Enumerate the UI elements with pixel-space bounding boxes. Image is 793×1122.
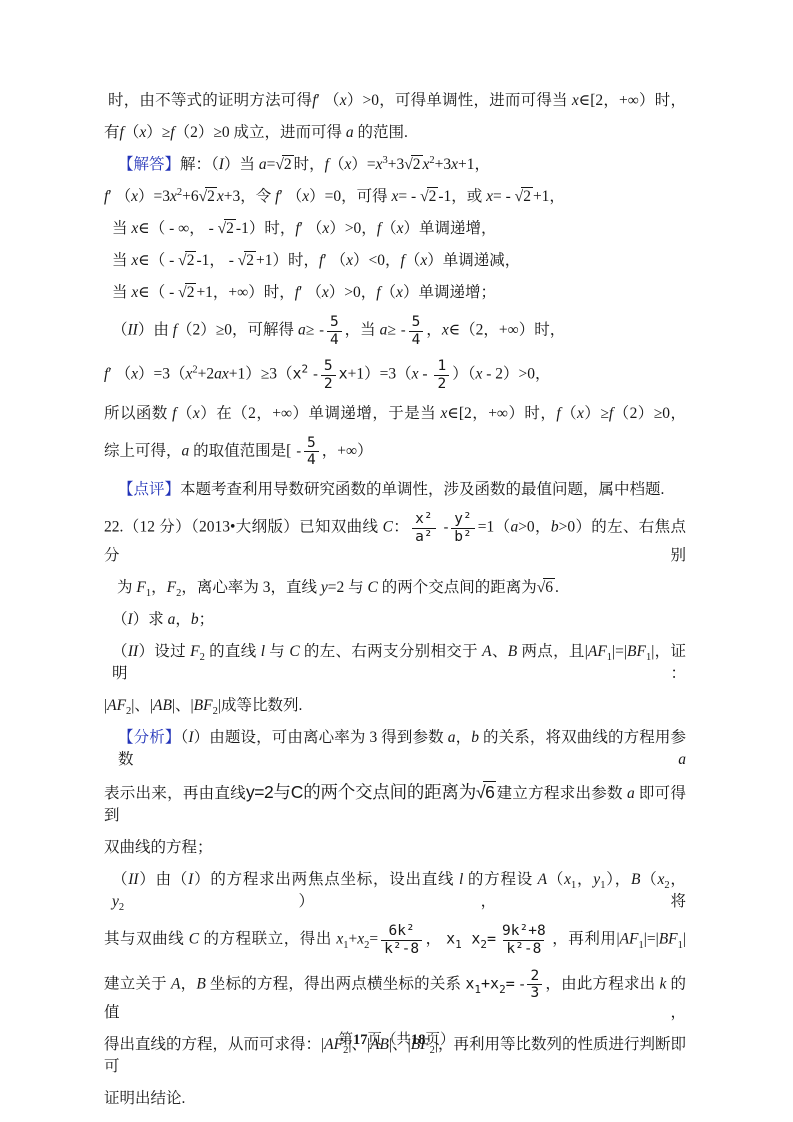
math-variable: a (298, 322, 306, 339)
text-run: 所以函数 (104, 405, 172, 422)
text-run: 其与双曲线 (104, 931, 189, 948)
math-variable: AF (107, 697, 126, 714)
text-run: ′ （ (108, 188, 131, 205)
math-variable: x (346, 252, 353, 269)
text-run: +3 (435, 156, 452, 173)
radicand: 2 (411, 155, 423, 173)
math-variable: AB (153, 697, 172, 714)
fraction-sign: - (311, 367, 320, 384)
text-run: 建立关于 (104, 975, 171, 992)
denominator: 3 (527, 984, 542, 1002)
math-variable: x (397, 220, 404, 237)
text-run: ）≥ (584, 405, 609, 422)
numerator: y² (451, 511, 474, 528)
fraction-stack: 54 (409, 314, 424, 348)
denominator: 4 (327, 331, 342, 349)
math-variable: x (131, 366, 138, 383)
math-variable: BF (627, 643, 646, 660)
text-run: ； (199, 611, 215, 628)
radicand: 2 (185, 251, 197, 269)
numerator: 5 (409, 314, 424, 331)
fraction: x²a² (412, 511, 435, 545)
text-run: >0， (518, 519, 551, 536)
math-variable: x (564, 871, 571, 888)
math-variable: x (217, 188, 224, 205)
text-run: 坐标的方程，得出两点横坐标的关系 (206, 975, 466, 992)
text-run: ）由 (138, 322, 173, 339)
math-variable: x (451, 156, 458, 173)
fraction-sign: - (317, 323, 326, 340)
text-run: ， (670, 871, 686, 888)
text-run: 有 (104, 124, 120, 141)
text-run: ）（ (452, 366, 475, 383)
text-run: （2）≥0， (613, 405, 686, 422)
sqrt-radical: √2 (178, 284, 196, 301)
derivative-inequality-line: f′ （x）=3（x2+2ax+1）≥3（x2-52x+1）=3（x - 12）… (104, 358, 686, 392)
section-label: 【分析】 (118, 729, 181, 746)
math-variable: a (346, 124, 354, 141)
fraction-stack: 12 (434, 358, 449, 392)
interval-increase-line-2: 当 x∈（ - √2+1，+∞）时，f′ （x）>0，f（x）单调递增； (104, 282, 686, 304)
text-run: 为 (117, 579, 136, 596)
part2-solve-line: （II）由 f（2）≥0，可解得 a≥-54，当 a≥-54，x∈（2，+∞）时… (104, 314, 686, 348)
denominator: 2 (434, 375, 449, 393)
fraction-stack: y²b² (451, 511, 474, 545)
numerator: 9k²+8 (499, 923, 549, 940)
text-run: （ (176, 405, 192, 422)
text-run: ′ （ (279, 188, 302, 205)
text-run: |=| (644, 931, 659, 948)
text-run: |、| (131, 697, 153, 714)
text-run: ，由此方程求出 (545, 975, 659, 992)
math-variable: b (551, 519, 559, 536)
numerator: x² (412, 511, 435, 528)
vieta-formulas-line: 其与双曲线 C 的方程联立，得出 x1+x2=6k²k²-8， x1 x2=9k… (104, 923, 686, 957)
math-variable: x (462, 930, 481, 948)
text-run: ）单调递增； (403, 284, 496, 301)
interval-increase-line-1: 当 x∈（ - ∞， - √2-1）时，f′ （x）>0，f（x）单调递增， (104, 218, 686, 240)
text-run: 建立方程求出参数 (496, 785, 627, 802)
text-run: ）= (351, 156, 375, 173)
text-run: ），将 (124, 893, 686, 910)
radicand: 2 (224, 219, 236, 237)
text-run: （ (381, 284, 397, 301)
math-variable: x (131, 188, 138, 205)
text-run: （ (329, 156, 345, 173)
fraction-stack: 9k²+8k²-8 (499, 923, 549, 957)
text-run: （2）≥0 成立，进而可得 (175, 124, 346, 141)
fraction-stack: 6k²k²-8 (381, 923, 422, 957)
denominator: 4 (304, 451, 319, 469)
text-run: 页（共 (368, 1032, 412, 1048)
fraction-sign: - (399, 323, 408, 340)
text-run: +1，+∞）时， (196, 284, 294, 301)
math-variable: a (678, 751, 686, 768)
text-run: 当 (112, 252, 131, 269)
question-part2-line-2: |AF2|、|AB|、|BF2|成等比数列. (104, 695, 686, 717)
fraction-stack: 54 (304, 435, 319, 469)
text-run: |成等比数列. (218, 697, 302, 714)
text-run: ）， (605, 871, 631, 888)
text-run: ）>0，可得单调性，进而可得当 (347, 92, 572, 109)
text-run: - (419, 366, 432, 383)
text-run: ）的方程求出两焦点坐标，设出直线 (193, 871, 459, 888)
sqrt-radical: √2 (238, 252, 256, 269)
math-variable: ax (214, 366, 229, 383)
text-run: +3 (388, 156, 405, 173)
math-variable: x (340, 92, 347, 109)
radicand: 6 (543, 578, 555, 596)
math-variable: y (321, 579, 328, 596)
text-run: 双曲线的方程； (104, 839, 213, 856)
text-run: 的取值范围是[ (189, 442, 291, 459)
question-part2-line: （II）设过 F2 的直线 l 与 C 的左、右两支分别相交于 A、B 两点，且… (104, 641, 686, 685)
text-run: ）设过 (138, 643, 190, 660)
math-variable: A (538, 871, 547, 888)
math-variable: y (112, 893, 119, 910)
coordinate-relation-line: 建立关于 A，B 坐标的方程，得出两点横坐标的关系 x1+x2=-23，由此方程… (104, 968, 686, 1024)
math-variable: x (322, 284, 329, 301)
question-part1-line: （I）求 a，b； (104, 609, 686, 631)
sqrt-radical: √6 (476, 782, 496, 802)
sqrt-radical: √2 (178, 252, 196, 269)
math-variable: x (293, 365, 302, 383)
denominator: 2 (321, 375, 336, 393)
radicand: 2 (205, 187, 217, 205)
analysis-line-2: 表示出来，再由直线y=2与C的两个交点间的距离为√6建立方程求出参数 a 即可得… (104, 781, 686, 827)
document-content: 时，由不等式的证明方法可得f′ （x）>0，可得单调性，进而可得当 x∈[2，+… (104, 90, 686, 1120)
fraction-sign: - (518, 977, 527, 994)
text-run: ）求 (133, 611, 168, 628)
math-variable: b (471, 729, 479, 746)
analysis-line-3: 双曲线的方程； (104, 837, 686, 859)
text-run: +3，令 (224, 188, 275, 205)
text-run: +2 (198, 366, 215, 383)
text-run: ≥ (387, 322, 396, 339)
text-run: 两点，且| (517, 643, 588, 660)
math-variable: a (259, 156, 267, 173)
math-variable: x (442, 322, 449, 339)
text-run: ′ （ (317, 92, 340, 109)
text-run: - 2）>0， (482, 366, 550, 383)
section-label: 【点评】 (118, 481, 180, 498)
text-run: ， (151, 579, 167, 596)
numerator: 2 (527, 968, 542, 985)
text-run: 的两个交点间的距离为 (378, 579, 537, 596)
text-run: 综上可得， (104, 442, 182, 459)
text-run: -1）时， (236, 220, 295, 237)
text-run: 的方程设 (463, 871, 537, 888)
sqrt-radical: √2 (420, 188, 438, 205)
radicand: 2 (521, 187, 533, 205)
numerator: 5 (321, 358, 336, 375)
text-run: 解：（ (180, 156, 219, 173)
text-run: ，再利用| (552, 931, 620, 948)
fraction-sign: - (294, 444, 303, 461)
text-run: ∈（2，+∞）时， (449, 322, 566, 339)
text-run: 证明出结论. (104, 1090, 185, 1107)
text-run: ′ （ (300, 220, 323, 237)
text-run: 时，由不等式的证明方法可得 (108, 92, 312, 109)
text-run: ，离心率为 3，直线 (181, 579, 321, 596)
text-run: 页） (426, 1032, 455, 1048)
math-variable: F (190, 643, 199, 660)
math-variable: II (128, 322, 138, 339)
fraction: -54 (399, 314, 423, 348)
text-run: （ (112, 611, 128, 628)
math-variable: x (396, 284, 403, 301)
text-run: ）当 (224, 156, 259, 173)
math-variable: = (506, 974, 515, 992)
text-run: ′ （ (323, 252, 346, 269)
fraction: -54 (294, 435, 318, 469)
numerator: 1 (434, 358, 449, 375)
math-variable: F (167, 579, 176, 596)
math-variable: a (448, 729, 456, 746)
text-run: ）单调递增， (404, 220, 497, 237)
monotonic-conclusion-line: 所以函数 f（x）在（2，+∞）单调递增，于是当 x∈[2，+∞）时，f（x）≥… (104, 403, 686, 425)
text-run: ）=3 (138, 188, 170, 205)
text-run: ， (426, 322, 442, 339)
math-variable: BF (659, 931, 678, 948)
text-run: ）<0， (353, 252, 401, 269)
fraction: -23 (518, 968, 542, 1002)
text-run: ′ （ (108, 366, 131, 383)
text-run: （ (124, 124, 140, 141)
text-run: 、 (492, 643, 508, 660)
math-variable: x (446, 930, 455, 948)
fraction-stack: 54 (327, 314, 342, 348)
radicand: 2 (185, 283, 197, 301)
math-variable: A (482, 643, 491, 660)
text-run: ）由（ (139, 871, 189, 888)
text-run: = (369, 931, 378, 948)
text-run: +1）≥3（ (229, 366, 293, 383)
text-run: = - (398, 188, 420, 205)
text-run: ∈[2，+∞）时， (447, 405, 556, 422)
math-variable: x (577, 405, 584, 422)
text-run: ， (456, 729, 472, 746)
section-label: 【解答】 (118, 156, 180, 173)
math-variable: x (339, 365, 348, 383)
math-variable: F (136, 579, 145, 596)
text-run: ≥ (306, 322, 315, 339)
text-run: ）在（2，+∞）单调递增，于是当 (200, 405, 441, 422)
text-run: （ (640, 871, 657, 888)
text-run: 与 (265, 643, 289, 660)
math-variable: AF (620, 931, 639, 948)
document-page: 时，由不等式的证明方法可得f′ （x）>0，可得单调性，进而可得当 x∈[2，+… (0, 0, 793, 1122)
text-run: ）≥ (146, 124, 170, 141)
derivative-line: f′ （x）=3x2+6√2x+3，令 f′ （x）=0，可得 x= - √2-… (104, 186, 686, 208)
text-run: 的方程联立，得出 (199, 931, 336, 948)
math-variable: C (368, 579, 378, 596)
solution-continuation-line-2: 有f（x）≥f（2）≥0 成立，进而可得 a 的范围. (104, 122, 686, 144)
math-variable: b (191, 611, 199, 628)
text-run: ， (180, 975, 196, 992)
subscript: 1 (455, 938, 462, 951)
math-variable: BF (194, 697, 213, 714)
interval-decrease-line: 当 x∈（ - √2-1， - √2+1）时，f′ （x）<0，f（x）单调递减… (104, 250, 686, 272)
text-run: =1（ (478, 519, 511, 536)
text-run: |=| (612, 643, 627, 660)
fraction-stack: 52 (321, 358, 336, 392)
math-variable: a (627, 785, 635, 802)
math-variable: C (383, 519, 393, 536)
fraction-stack: 23 (527, 968, 542, 1002)
text-run: （2）≥0，可解得 (177, 322, 298, 339)
text-run: ）>0， (329, 220, 377, 237)
fraction: 9k²+8k²-8 (499, 923, 549, 957)
text-run: ）=3（ (138, 366, 186, 383)
text-run: | (683, 931, 686, 948)
text-run: 的范围. (354, 124, 408, 141)
fraction-sign: - (442, 520, 451, 537)
math-variable: x (486, 188, 493, 205)
text-run: -1，或 (438, 188, 486, 205)
bold-text: 18 (411, 1032, 426, 1048)
radicand: 2 (427, 187, 439, 205)
sqrt-radical: √2 (199, 188, 217, 205)
text-run: +1， (533, 188, 565, 205)
text-run: ）>0， (329, 284, 377, 301)
math-variable: C (189, 931, 199, 948)
fraction: 6k²k²-8 (381, 923, 422, 957)
text-run: （ (112, 871, 128, 888)
text-run: （ (405, 252, 421, 269)
text-run: 当 (112, 284, 131, 301)
fraction-stack: x²a² (412, 511, 435, 545)
fraction: -54 (317, 314, 341, 348)
radicand: 6 (483, 781, 496, 802)
text-run: （ (561, 405, 577, 422)
sqrt-radical: √2 (515, 188, 533, 205)
text-run: ∈（ - (138, 284, 178, 301)
math-variable: x (412, 366, 419, 383)
subscript: 1 (474, 983, 481, 996)
math-variable: II (128, 643, 138, 660)
text-run: |、| (172, 697, 194, 714)
denominator: a² (412, 528, 435, 546)
text-run: （ (381, 220, 397, 237)
text-run: ∈（ - (138, 252, 178, 269)
bold-text: 17 (353, 1032, 368, 1048)
text-run: -1， - (196, 252, 237, 269)
math-variable: x (193, 405, 200, 422)
denominator: 4 (409, 331, 424, 349)
text-run: ： (393, 519, 409, 536)
math-variable: = (487, 930, 496, 948)
subscript: 2 (499, 983, 506, 996)
text-run: 当 (112, 220, 131, 237)
fraction: 12 (434, 358, 449, 392)
superscript: 2 (302, 363, 309, 376)
solution-continuation-line-1: 时，由不等式的证明方法可得f′ （x）>0，可得单调性，进而可得当 x∈[2，+… (104, 90, 686, 112)
text-run: +1， (458, 156, 490, 173)
text-run: ）由题设，可由离心率为 3 得到参数 (194, 729, 448, 746)
numerator: 6k² (385, 923, 417, 940)
text-run: ， (425, 931, 446, 948)
numerator: 5 (327, 314, 342, 331)
math-variable: B (508, 643, 517, 660)
denominator: k²-8 (381, 940, 422, 958)
sqrt-radical: √2 (275, 156, 293, 173)
fenxi-analysis-line: 【分析】（I）由题设，可由离心率为 3 得到参数 a，b 的关系，将双曲线的方程… (104, 727, 686, 771)
text-run: ， (576, 871, 593, 888)
denominator: b² (451, 528, 474, 546)
text-run: +1）时， (256, 252, 319, 269)
text-run: 的直线 (205, 643, 261, 660)
text-run: 第 (339, 1032, 354, 1048)
text-run: +6 (182, 188, 199, 205)
text-run: +1）=3（ (348, 366, 412, 383)
text-run: 表示出来，再由直线 (104, 785, 246, 802)
page-footer: 第17页（共18页） (0, 1028, 793, 1049)
math-variable: II (128, 871, 138, 888)
text-run: ， (175, 611, 191, 628)
subscript: 2 (480, 938, 487, 951)
analysis-part2-line: （II）由（I）的方程求出两焦点坐标，设出直线 l 的方程设 A（x1，y1），… (104, 869, 686, 913)
text-run: ，当 (345, 322, 380, 339)
fraction: -52 (311, 358, 335, 392)
emphasized-text: y=2与C的两个交点间的距离为 (246, 782, 476, 802)
text-run: （ (112, 322, 128, 339)
math-variable: AF (588, 643, 607, 660)
text-run: 22.（12 分）（2013•大纲版）已知双曲线 (104, 519, 383, 536)
math-variable: x (170, 188, 177, 205)
numerator: 5 (304, 435, 319, 452)
text-run: . (555, 579, 559, 596)
jieda-solution-line: 【解答】解：（I）当 a=√2时，f（x）=x3+3√2x2+3x+1， (104, 154, 686, 176)
text-run: ′ （ (299, 284, 322, 301)
math-variable: A (171, 975, 180, 992)
radicand: 2 (282, 155, 294, 173)
sqrt-radical: √6 (537, 579, 555, 596)
text-run: 时， (294, 156, 325, 173)
range-conclusion-line: 综上可得，a 的取值范围是[-54，+∞） (104, 435, 686, 469)
radicand: 2 (244, 251, 256, 269)
problem-22-line-2: 为 F1，F2，离心率为 3，直线 y=2 与 C 的两个交点间的距离为√6. (104, 577, 686, 599)
proof-conclusion-line: 证明出结论. (104, 1088, 686, 1110)
math-variable: B (196, 975, 205, 992)
text-run: （ (112, 643, 128, 660)
text-run: = - (493, 188, 515, 205)
text-run: 的左、右两支分别相交于 (300, 643, 482, 660)
text-run: ∈[2，+∞）时， (579, 92, 686, 109)
text-run: （ (547, 871, 564, 888)
fraction: -y²b² (442, 511, 475, 545)
denominator: k²-8 (503, 940, 544, 958)
text-run: 本题考查利用导数研究函数的单调性，涉及函数的最值问题，属中档题. (180, 481, 664, 498)
text-run: ∈（ - ∞， - (138, 220, 217, 237)
text-run: ）=0，可得 (309, 188, 391, 205)
sqrt-radical: √2 (218, 220, 236, 237)
text-run: ，+∞） (322, 442, 373, 459)
dianping-comment-line: 【点评】本题考查利用导数研究函数的单调性，涉及函数的最值问题，属中档题. (104, 479, 686, 501)
text-run: =2 与 (328, 579, 368, 596)
text-run: ）单调递减， (427, 252, 520, 269)
math-variable: x (572, 92, 579, 109)
math-variable: C (289, 643, 299, 660)
math-variable: +x (481, 974, 499, 992)
problem-22-line: 22.（12 分）（2013•大纲版）已知双曲线 C：x²a²-y²b²=1（a… (104, 511, 686, 567)
sqrt-radical: √2 (404, 156, 422, 173)
text-run: + (348, 931, 357, 948)
